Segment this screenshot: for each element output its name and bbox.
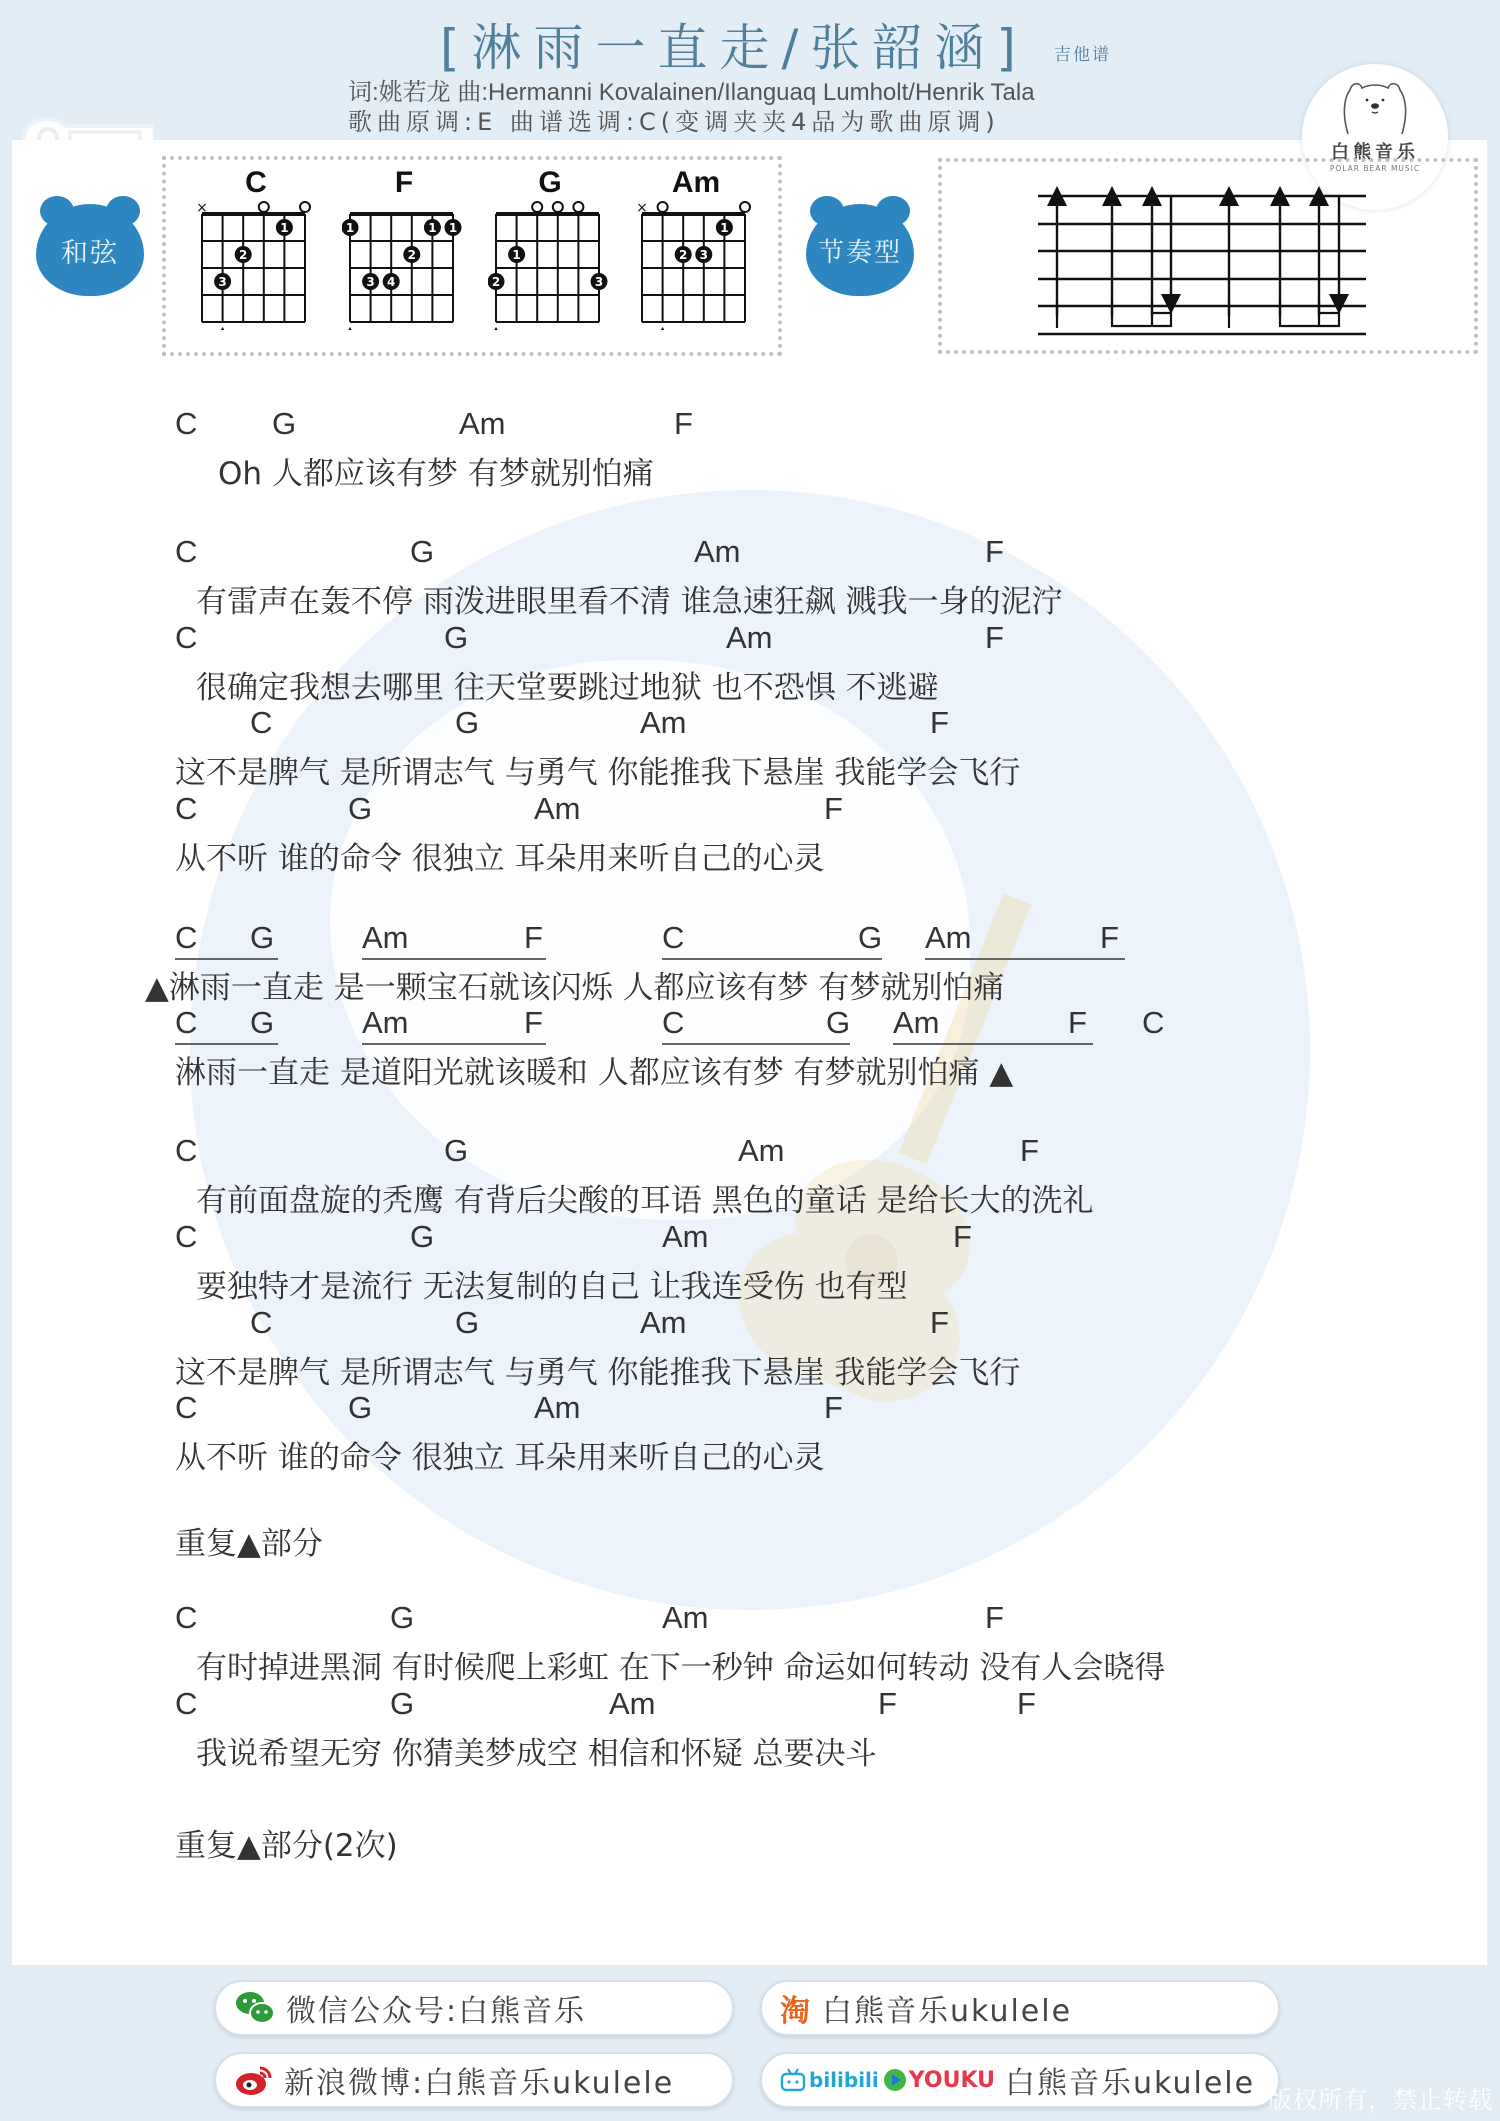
svg-text:2: 2 <box>239 248 247 262</box>
chord-underline <box>893 1043 1093 1045</box>
chord-symbol: Am <box>459 406 506 442</box>
rhythm-notation <box>1030 296 1370 332</box>
taobao-icon: 淘 <box>780 1986 812 2030</box>
chord-symbol: Am <box>662 1600 709 1636</box>
chord-symbol: Am <box>362 1005 409 1041</box>
bilibili-text: bilibili <box>809 2068 879 2092</box>
chord-symbol: G <box>444 620 468 656</box>
chord-symbol: F <box>930 705 949 741</box>
svg-text:1: 1 <box>428 221 436 235</box>
chord-symbol: C <box>175 534 197 570</box>
chord-symbol: F <box>1017 1686 1036 1722</box>
chord-symbol: Am <box>640 705 687 741</box>
chord-symbol: Am <box>726 620 773 656</box>
chord-symbol: G <box>410 1219 434 1255</box>
chord-underline <box>662 1043 850 1045</box>
rhythm-badge-label: 节奏型 <box>818 232 902 269</box>
svg-text:3: 3 <box>700 248 708 262</box>
lyric-line: 这不是脾气 是所谓志气 与勇气 你能推我下悬崖 我能学会飞行 <box>175 1347 1020 1392</box>
chord-underline <box>662 958 882 960</box>
chord-diagram-am: Am×123 <box>636 166 756 326</box>
chord-symbol: C <box>175 1600 197 1636</box>
chord-symbol: G <box>348 1390 372 1426</box>
chord-symbol: G <box>826 1005 850 1041</box>
chord-diagram-name: C <box>196 166 316 200</box>
lyric-line: 我说希望无穷 你猜美梦成空 相信和怀疑 总要决斗 <box>196 1728 877 1773</box>
chord-symbol: C <box>175 620 197 656</box>
lyric-line: 有雷声在轰不停 雨泼进眼里看不清 谁急速狂飙 溅我一身的泥泞 <box>196 576 1063 621</box>
chord-symbol: Am <box>609 1686 656 1722</box>
footer-link-label: 新浪微博:白熊音乐ukulele <box>284 2058 674 2102</box>
fretboard-grid: 123 <box>488 200 612 330</box>
chord-symbol: F <box>930 1305 949 1341</box>
chord-symbol: F <box>1100 920 1119 956</box>
lyric-line: 要独特才是流行 无法复制的自己 让我连受伤 也有型 <box>196 1261 908 1306</box>
key-info: 歌曲原调:E 曲谱选调:C(变调夹夹4品为歌曲原调) <box>348 102 1000 137</box>
chord-symbol: F <box>878 1686 897 1722</box>
chord-diagram-f: F111234 <box>344 166 464 326</box>
chord-symbol: C <box>175 1133 197 1169</box>
chord-diagram-name: G <box>490 166 610 200</box>
footer-link-label: 微信公众号:白熊音乐 <box>286 1986 586 2030</box>
chord-symbol: Am <box>893 1005 940 1041</box>
footer-link-weibo[interactable]: 新浪微博:白熊音乐ukulele <box>214 2052 734 2108</box>
lyric-line: 从不听 谁的命令 很独立 耳朵用来听自己的心灵 <box>175 833 825 878</box>
chord-symbol: F <box>985 534 1004 570</box>
chord-underline <box>362 958 546 960</box>
chord-symbol: Am <box>925 920 972 956</box>
chord-symbol: Am <box>640 1305 687 1341</box>
chord-symbol: C <box>175 920 197 956</box>
chord-symbol: F <box>524 920 543 956</box>
chord-diagram-g: G123 <box>490 166 610 326</box>
chord-symbol: G <box>250 920 274 956</box>
chord-symbol: F <box>1020 1133 1039 1169</box>
chord-underline <box>175 958 278 960</box>
chord-symbol: Am <box>662 1219 709 1255</box>
svg-text:1: 1 <box>449 221 457 235</box>
svg-text:1: 1 <box>720 221 728 235</box>
chord-symbol: C <box>250 705 272 741</box>
chords-badge-label: 和弦 <box>61 231 119 270</box>
chord-symbol: G <box>390 1600 414 1636</box>
sheet-type-label: 吉他谱 <box>1054 40 1111 65</box>
chord-symbol: G <box>250 1005 274 1041</box>
chord-symbol: F <box>824 791 843 827</box>
bilibili-icon: bilibili <box>780 2068 879 2092</box>
weibo-icon <box>234 2062 274 2098</box>
youku-icon: YOUKU <box>883 2068 995 2093</box>
chord-symbol: C <box>175 1005 197 1041</box>
svg-text:×: × <box>636 200 648 216</box>
chord-symbol: G <box>272 406 296 442</box>
chord-symbol: C <box>175 1686 197 1722</box>
chord-symbol: C <box>175 1219 197 1255</box>
chord-symbol: Am <box>362 920 409 956</box>
lyric-line: 很确定我想去哪里 往天堂要跳过地狱 也不恐惧 不逃避 <box>196 662 939 707</box>
chords-badge: 和弦 <box>36 204 144 296</box>
chord-symbol: F <box>985 1600 1004 1636</box>
svg-text:3: 3 <box>595 275 603 289</box>
svg-text:4: 4 <box>387 275 395 289</box>
lyric-line: 有前面盘旋的秃鹰 有背后尖酸的耳语 黑色的童话 是给长大的洗礼 <box>196 1175 1094 1220</box>
fretboard-grid: ×123 <box>634 200 758 330</box>
chord-underline <box>175 1043 278 1045</box>
svg-text:1: 1 <box>346 221 354 235</box>
chord-symbol: Am <box>738 1133 785 1169</box>
lyric-line: 淋雨一直走 是道阳光就该暖和 人都应该有梦 有梦就别怕痛 ▲ <box>175 1047 1013 1092</box>
chord-symbol: F <box>674 406 693 442</box>
chord-symbol: C <box>250 1305 272 1341</box>
footer-link-label: 白熊音乐ukulele <box>822 1986 1072 2030</box>
svg-text:3: 3 <box>366 275 374 289</box>
svg-text:2: 2 <box>408 248 416 262</box>
chord-symbol: F <box>985 620 1004 656</box>
song-title: [淋雨一直走/张韶涵] <box>440 8 1028 80</box>
fretboard-grid: 111234 <box>342 200 466 330</box>
chord-symbol: G <box>455 705 479 741</box>
footer-link-wechat[interactable]: 微信公众号:白熊音乐 <box>214 1980 734 2036</box>
svg-text:2: 2 <box>679 248 687 262</box>
chord-symbol: Am <box>694 534 741 570</box>
chord-symbol: C <box>175 1390 197 1426</box>
chord-symbol: C <box>175 406 197 442</box>
chord-symbol: G <box>348 791 372 827</box>
chord-symbol: C <box>662 920 684 956</box>
copyright-notice: 版权所有，禁止转载 <box>1268 2080 1493 2115</box>
youku-text: YOUKU <box>909 2068 995 2093</box>
chord-symbol: F <box>824 1390 843 1426</box>
chord-symbol: C <box>175 791 197 827</box>
svg-text:×: × <box>196 200 208 216</box>
chord-underline <box>362 1043 546 1045</box>
chord-symbol: C <box>662 1005 684 1041</box>
chord-diagram-name: Am <box>636 166 756 200</box>
lyric-line: ▲淋雨一直走 是一颗宝石就该闪烁 人都应该有梦 有梦就别怕痛 <box>145 962 1004 1007</box>
svg-text:1: 1 <box>512 248 520 262</box>
svg-text:1: 1 <box>280 221 288 235</box>
rhythm-badge: 节奏型 <box>806 204 914 296</box>
wechat-icon <box>234 1989 276 2027</box>
chord-symbol: C <box>1142 1005 1164 1041</box>
chord-symbol: Am <box>534 1390 581 1426</box>
fretboard-grid: ×123 <box>194 200 318 330</box>
chord-symbol: F <box>1068 1005 1087 1041</box>
repeat-instruction: 重复▲部分(2次) <box>175 1820 398 1865</box>
chord-symbol: G <box>410 534 434 570</box>
svg-text:3: 3 <box>218 275 226 289</box>
chord-diagram-c: C×123 <box>196 166 316 326</box>
chord-underline <box>925 958 1125 960</box>
chord-diagram-name: F <box>344 166 464 200</box>
repeat-instruction: 重复▲部分 <box>175 1518 323 1563</box>
chord-symbol: G <box>455 1305 479 1341</box>
polar-bear-icon <box>1340 78 1410 136</box>
lyric-line: Oh 人都应该有梦 有梦就别怕痛 <box>218 448 654 493</box>
chord-symbol: F <box>524 1005 543 1041</box>
chord-symbol: F <box>953 1219 972 1255</box>
chord-symbol: G <box>390 1686 414 1722</box>
footer-link-label: 白熊音乐ukulele <box>1005 2058 1255 2102</box>
svg-text:2: 2 <box>492 275 500 289</box>
chord-symbol: G <box>444 1133 468 1169</box>
footer-link-taobao[interactable]: 淘 白熊音乐ukulele <box>760 1980 1280 2036</box>
footer-link-bilibili-youku[interactable]: bilibili YOUKU 白熊音乐ukulele <box>760 2052 1280 2108</box>
lyric-line: 这不是脾气 是所谓志气 与勇气 你能推我下悬崖 我能学会飞行 <box>175 747 1020 792</box>
chord-symbol: Am <box>534 791 581 827</box>
chord-symbol: G <box>858 920 882 956</box>
lyric-line: 有时掉进黑洞 有时候爬上彩虹 在下一秒钟 命运如何转动 没有人会晓得 <box>196 1642 1165 1687</box>
lyric-line: 从不听 谁的命令 很独立 耳朵用来听自己的心灵 <box>175 1432 825 1477</box>
